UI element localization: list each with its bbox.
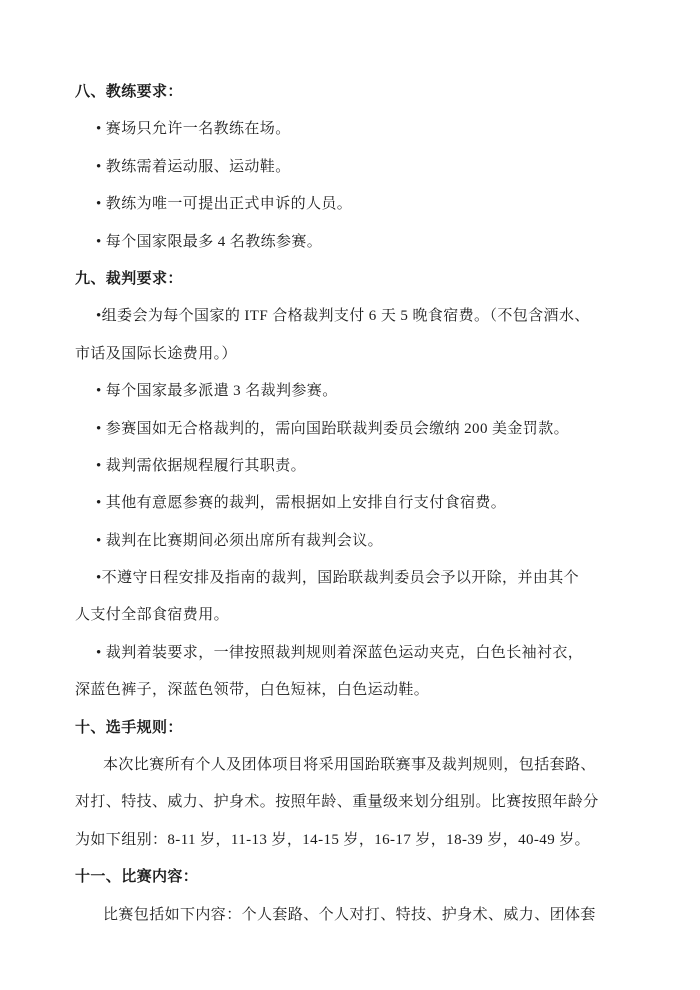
document-content: 八、教练要求：• 赛场只允许一名教练在场。• 教练需着运动服、运动鞋。• 教练为…	[75, 74, 632, 934]
bullet-item: • 每个国家最多派遣 3 名裁判参赛。	[75, 373, 632, 410]
paragraph-line: 比赛包括如下内容：个人套路、个人对打、特技、护身术、威力、团体套	[75, 897, 632, 934]
bullet-item: • 赛场只允许一名教练在场。	[75, 111, 632, 148]
text-line-continuation: 深蓝色裤子，深蓝色领带，白色短袜，白色运动鞋。	[75, 672, 632, 709]
section-heading: 十一、比赛内容：	[75, 859, 632, 896]
bullet-item: • 裁判在比赛期间必须出席所有裁判会议。	[75, 523, 632, 560]
bullet-item: • 裁判着装要求，一律按照裁判规则着深蓝色运动夹克，白色长袖衬衣，	[75, 635, 632, 672]
bullet-item: •组委会为每个国家的 ITF 合格裁判支付 6 天 5 晚食宿费。（不包含酒水、	[75, 298, 632, 335]
text-line-continuation: 为如下组别：8-11 岁，11-13 岁，14-15 岁，16-17 岁，18-…	[75, 822, 632, 859]
document-page: 八、教练要求：• 赛场只允许一名教练在场。• 教练需着运动服、运动鞋。• 教练为…	[0, 0, 700, 990]
bullet-item: • 其他有意愿参赛的裁判，需根据如上安排自行支付食宿费。	[75, 485, 632, 522]
text-line-continuation: 市话及国际长途费用。）	[75, 336, 632, 373]
section-heading: 十、选手规则：	[75, 710, 632, 747]
section-heading: 九、裁判要求：	[75, 261, 632, 298]
bullet-item: • 教练需着运动服、运动鞋。	[75, 149, 632, 186]
section-heading: 八、教练要求：	[75, 74, 632, 111]
bullet-item: • 参赛国如无合格裁判的，需向国跆联裁判委员会缴纳 200 美金罚款。	[75, 411, 632, 448]
text-line-continuation: 人支付全部食宿费用。	[75, 597, 632, 634]
bullet-item: • 裁判需依据规程履行其职责。	[75, 448, 632, 485]
bullet-item: • 每个国家限最多 4 名教练参赛。	[75, 224, 632, 261]
bullet-item: •不遵守日程安排及指南的裁判，国跆联裁判委员会予以开除，并由其个	[75, 560, 632, 597]
text-line-continuation: 对打、特技、威力、护身术。按照年龄、重量级来划分组别。比赛按照年龄分	[75, 784, 632, 821]
bullet-item: • 教练为唯一可提出正式申诉的人员。	[75, 186, 632, 223]
paragraph-line: 本次比赛所有个人及团体项目将采用国跆联赛事及裁判规则，包括套路、	[75, 747, 632, 784]
